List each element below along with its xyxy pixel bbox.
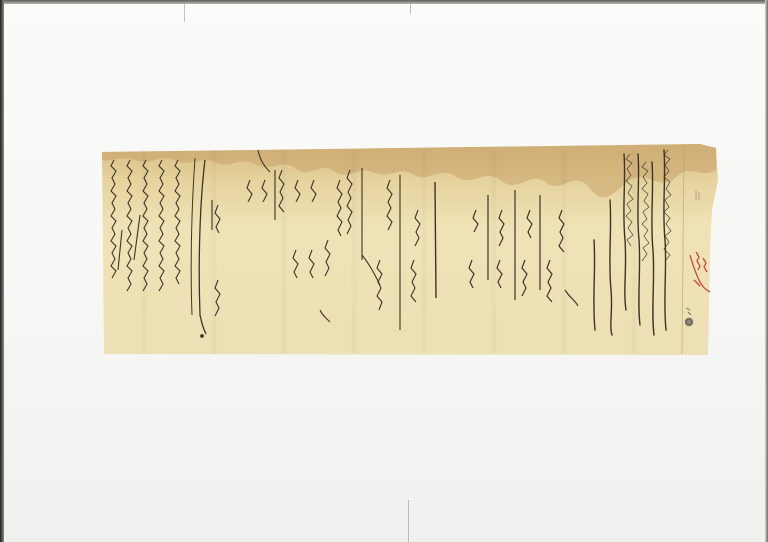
- manuscript-drawing: [100, 140, 722, 355]
- manuscript-sheet: [100, 140, 722, 355]
- paper-crease: [408, 500, 409, 542]
- scan-edge-top: [0, 0, 768, 4]
- scan-edge-left: [0, 0, 4, 542]
- paper-crease: [184, 4, 185, 22]
- paper-crease: [410, 4, 411, 14]
